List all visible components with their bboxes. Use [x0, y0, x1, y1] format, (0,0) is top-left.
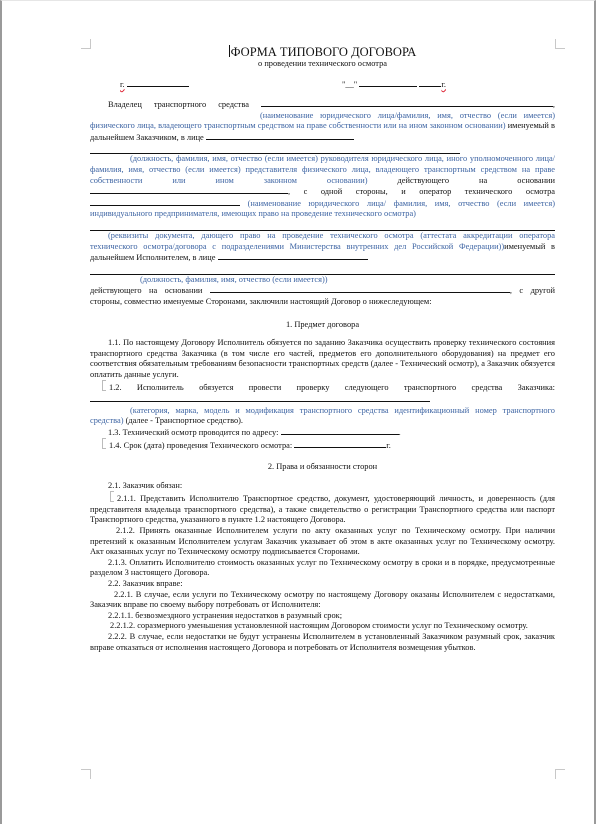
clause-1-3: 1.3. Технический осмотр проводится по ад… [90, 427, 555, 439]
vehicle-tail: (далее - Транспортное средство). [126, 416, 243, 425]
document-subtitle: о проведении технического осмотра [90, 59, 555, 69]
document-body[interactable]: ФОРМА ТИПОВОГО ДОГОВОРА о проведении тех… [90, 43, 555, 653]
address-blank[interactable] [281, 427, 399, 435]
clause-1-1: 1.1. По настоящему Договору Исполнитель … [90, 338, 555, 380]
month-blank[interactable] [359, 79, 417, 87]
executor-rep-blank-2[interactable] [90, 264, 555, 275]
preamble: Владелец транспортного средства , (наиме… [90, 99, 555, 143]
clause-2-2-1: 2.2.1. В случае, если услуги по Техничес… [90, 590, 555, 611]
position-hint: (должность, фамилия, имя, отчество (если… [140, 275, 328, 284]
clause-1-3-text: 1.3. Технический осмотр проводится по ад… [108, 428, 278, 437]
requisites-paragraph: (реквизиты документа, дающего право на п… [90, 231, 555, 264]
clause-2-1-2: 2.1.2. Принять оказанные Исполнителем ус… [90, 526, 555, 558]
clause-1-4: 1.4. Срок (дата) проведения Технического… [90, 438, 555, 452]
vehicle-blank[interactable] [90, 394, 430, 402]
operator-blank[interactable] [90, 198, 240, 206]
clause-1-2-hint: (категория, марка, модель и модификация … [90, 406, 555, 427]
basis-blank-2[interactable] [210, 285, 510, 293]
title-text: ФОРМА ТИПОВОГО ДОГОВОРА [231, 45, 417, 59]
owner-blank[interactable] [261, 99, 553, 107]
margin-corner-mark [555, 39, 565, 49]
section-heading-2: 2. Права и обязанности сторон [90, 462, 555, 473]
executor-rep-blank[interactable] [218, 252, 368, 260]
clause-2-1-1: 2.1.1. Представить Исполнителю Транспорт… [90, 491, 555, 526]
section-heading-1: 1. Предмет договора [90, 320, 555, 331]
requisites-hint: (реквизиты документа, дающего право на п… [90, 231, 555, 251]
owner-label: Владелец транспортного средства [108, 100, 249, 109]
text-cursor [229, 45, 230, 57]
margin-corner-mark [81, 769, 91, 779]
clause-2-1-3: 2.1.3. Оплатить Исполнителю стоимость ок… [90, 558, 555, 579]
customer-rep-blank[interactable] [206, 132, 354, 140]
customer-rep-blank-2[interactable] [90, 143, 460, 154]
clause-1-2-text: 1.2. Исполнитель обязуется провести пров… [109, 383, 555, 392]
date-field[interactable]: "__" г. [342, 79, 446, 91]
clause-2-2-1-1: 2.2.1.1. безвозмездного устранения недос… [90, 611, 555, 622]
acting-on-label-2: действующего на основании [90, 286, 202, 295]
requisites-blank[interactable] [90, 220, 555, 231]
day-blank[interactable]: "__" [342, 80, 357, 89]
city-field[interactable]: г. [120, 79, 189, 91]
city-suffix: г. [120, 80, 125, 89]
clause-2-2-2: 2.2.2. В случае, если недостатки не буду… [90, 632, 555, 653]
one-side-text: , с одной стороны, и оператор техническо… [288, 187, 555, 196]
paragraph-mark [102, 380, 106, 391]
rep-paragraph: (должность, фамилия, имя, отчество (если… [90, 154, 555, 220]
year-blank[interactable] [419, 79, 441, 87]
clause-2-1-1-text: 2.1.1. Представить Исполнителю Транспорт… [90, 494, 555, 524]
clause-2-2: 2.2. Заказчик вправе: [90, 579, 555, 590]
place-date-line: г. "__" г. [90, 79, 555, 93]
clause-1-2: 1.2. Исполнитель обязуется провести пров… [90, 380, 555, 405]
clause-2-2-1-2: 2.2.1.2. соразмерного уменьшения установ… [90, 621, 555, 632]
owner-hint: (наименование юридического лица/фамилия,… [90, 111, 555, 131]
inspection-date-suffix: г. [386, 441, 391, 450]
document-title: ФОРМА ТИПОВОГО ДОГОВОРА [90, 45, 555, 59]
acting-basis-paragraph: действующего на основании , с другой сто… [90, 285, 555, 307]
paragraph-mark [102, 438, 106, 449]
document-page: ФОРМА ТИПОВОГО ДОГОВОРА о проведении тех… [0, 0, 596, 824]
margin-corner-mark [555, 769, 565, 779]
acting-on-label: действующего на основании [398, 176, 556, 185]
year-suffix: г. [441, 80, 446, 89]
clause-1-4-text: 1.4. Срок (дата) проведения Технического… [109, 441, 292, 450]
clause-2-1: 2.1. Заказчик обязан: [90, 481, 555, 492]
basis-blank[interactable] [90, 186, 288, 194]
position-hint-line: (должность, фамилия, имя, отчество (если… [90, 275, 555, 286]
paragraph-mark [110, 491, 114, 502]
inspection-date-blank[interactable] [294, 440, 386, 448]
city-blank[interactable] [127, 79, 189, 87]
